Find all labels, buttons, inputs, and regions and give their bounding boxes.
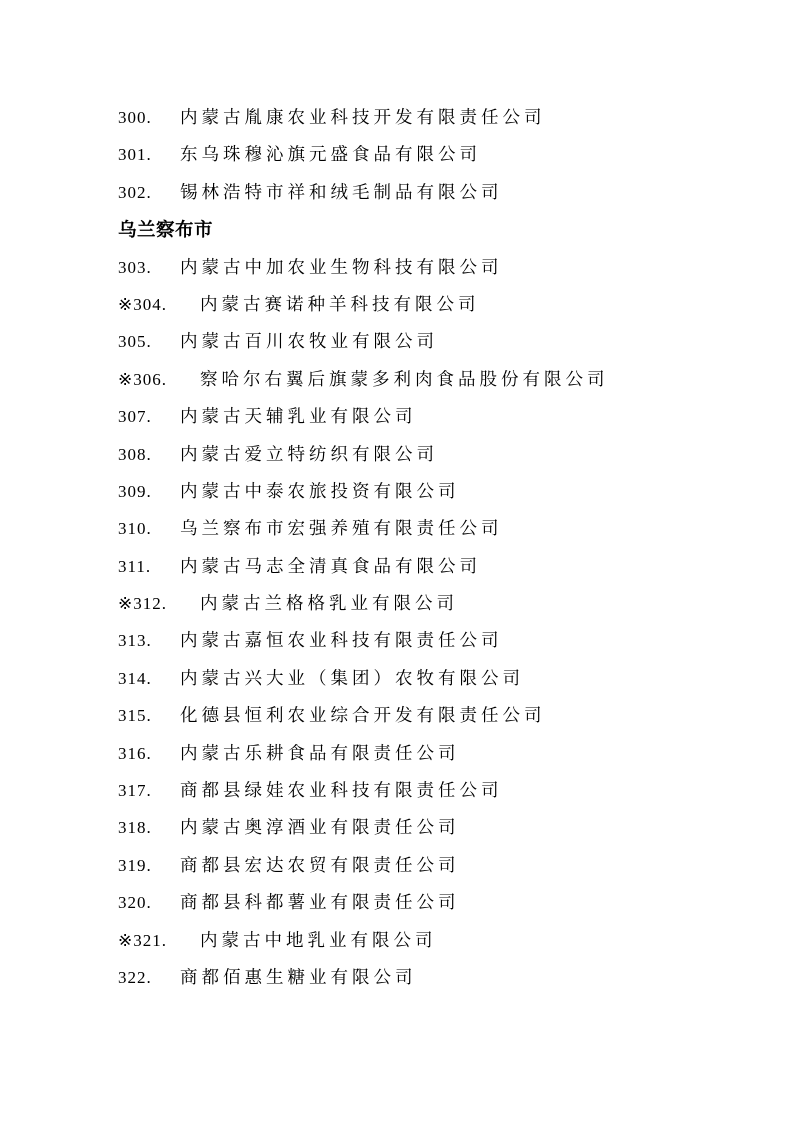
- item-number-text: 307.: [118, 407, 152, 426]
- company-name: 商都县绿娃农业科技有限责任公司: [180, 780, 503, 800]
- item-number-text: 303.: [118, 258, 152, 277]
- item-number: 319.: [118, 847, 180, 884]
- item-number: 311.: [118, 548, 180, 585]
- company-name: 内蒙古爱立特纺织有限公司: [180, 444, 438, 464]
- company-name: 化德县恒利农业综合开发有限责任公司: [180, 705, 546, 725]
- item-number: ※321.: [118, 922, 200, 959]
- company-name: 内蒙古兰格格乳业有限公司: [200, 593, 458, 613]
- item-number-text: 318.: [118, 818, 152, 837]
- item-number-text: 300.: [118, 108, 152, 127]
- item-number: 314.: [118, 660, 180, 697]
- list-item-311: 311.内蒙古马志全清真食品有限公司: [118, 548, 753, 585]
- item-number-text: 314.: [118, 669, 152, 688]
- company-name: 察哈尔右翼后旗蒙多利肉食品股份有限公司: [200, 369, 609, 389]
- document-page: { "page": { "background_color": "#ffffff…: [0, 0, 793, 1122]
- company-name: 内蒙古中加农业生物科技有限公司: [180, 257, 503, 277]
- company-name: 内蒙古胤康农业科技开发有限责任公司: [180, 107, 546, 127]
- item-number: 301.: [118, 136, 180, 173]
- item-number-text: 312.: [133, 594, 167, 613]
- item-number: 302.: [118, 174, 180, 211]
- item-number: 309.: [118, 473, 180, 510]
- item-number: 307.: [118, 398, 180, 435]
- list-item-322: 322.商都佰惠生糖业有限公司: [118, 959, 753, 996]
- item-number: ※312.: [118, 585, 200, 622]
- item-number-text: 315.: [118, 706, 152, 725]
- company-name: 内蒙古赛诺种羊科技有限公司: [200, 294, 480, 314]
- list-item-315: 315.化德县恒利农业综合开发有限责任公司: [118, 697, 753, 734]
- company-name: 内蒙古马志全清真食品有限公司: [180, 556, 481, 576]
- list-item-300: 300.内蒙古胤康农业科技开发有限责任公司: [118, 99, 753, 136]
- list-item-314: 314.内蒙古兴大业（集团）农牧有限公司: [118, 660, 753, 697]
- item-number: 310.: [118, 510, 180, 547]
- company-name: 乌兰察布市宏强养殖有限责任公司: [180, 518, 503, 538]
- item-number-text: 311.: [118, 557, 151, 576]
- company-name: 内蒙古中地乳业有限公司: [200, 930, 437, 950]
- item-number-text: 302.: [118, 183, 152, 202]
- company-name: 内蒙古嘉恒农业科技有限责任公司: [180, 630, 503, 650]
- list-item-320: 320.商都县科都薯业有限责任公司: [118, 884, 753, 921]
- list-item-317: 317.商都县绿娃农业科技有限责任公司: [118, 772, 753, 809]
- list-item-309: 309.内蒙古中泰农旅投资有限公司: [118, 473, 753, 510]
- item-number: 322.: [118, 959, 180, 996]
- item-number-text: 305.: [118, 332, 152, 351]
- item-number-text: 319.: [118, 856, 152, 875]
- item-number: 320.: [118, 884, 180, 921]
- company-name: 商都县科都薯业有限责任公司: [180, 892, 460, 912]
- list-item-304: ※304.内蒙古赛诺种羊科技有限公司: [118, 286, 753, 323]
- item-number-text: 310.: [118, 519, 152, 538]
- list-item-316: 316.内蒙古乐耕食品有限责任公司: [118, 735, 753, 772]
- list-item-312: ※312.内蒙古兰格格乳业有限公司: [118, 585, 753, 622]
- item-number-text: 322.: [118, 968, 152, 987]
- item-number: 303.: [118, 249, 180, 286]
- item-number: ※306.: [118, 361, 200, 398]
- item-number: ※304.: [118, 286, 200, 323]
- item-number: 316.: [118, 735, 180, 772]
- item-number: 318.: [118, 809, 180, 846]
- star-marker: ※: [118, 370, 133, 389]
- star-marker: ※: [118, 295, 133, 314]
- item-number-text: 320.: [118, 893, 152, 912]
- star-marker: ※: [118, 931, 133, 950]
- company-name: 锡林浩特市祥和绒毛制品有限公司: [180, 182, 503, 202]
- list-item-310: 310.乌兰察布市宏强养殖有限责任公司: [118, 510, 753, 547]
- list-item-321: ※321.内蒙古中地乳业有限公司: [118, 922, 753, 959]
- section-heading: 乌兰察布市: [118, 211, 753, 248]
- list-item-306: ※306.察哈尔右翼后旗蒙多利肉食品股份有限公司: [118, 361, 753, 398]
- company-name: 内蒙古乐耕食品有限责任公司: [180, 743, 460, 763]
- company-name: 内蒙古兴大业（集团）农牧有限公司: [180, 668, 524, 688]
- company-name: 东乌珠穆沁旗元盛食品有限公司: [180, 144, 481, 164]
- company-name: 内蒙古百川农牧业有限公司: [180, 331, 438, 351]
- list-item-305: 305.内蒙古百川农牧业有限公司: [118, 323, 753, 360]
- company-name: 内蒙古天辅乳业有限公司: [180, 406, 417, 426]
- item-number: 315.: [118, 697, 180, 734]
- item-number-text: 321.: [133, 931, 167, 950]
- list-item-301: 301.东乌珠穆沁旗元盛食品有限公司: [118, 136, 753, 173]
- list-item-303: 303.内蒙古中加农业生物科技有限公司: [118, 249, 753, 286]
- item-number: 317.: [118, 772, 180, 809]
- company-name: 商都县宏达农贸有限责任公司: [180, 855, 460, 875]
- list-item-307: 307.内蒙古天辅乳业有限公司: [118, 398, 753, 435]
- list-item-308: 308.内蒙古爱立特纺织有限公司: [118, 436, 753, 473]
- item-number-text: 317.: [118, 781, 152, 800]
- company-list: 300.内蒙古胤康农业科技开发有限责任公司301.东乌珠穆沁旗元盛食品有限公司3…: [118, 99, 753, 996]
- item-number-text: 316.: [118, 744, 152, 763]
- company-name: 内蒙古奥淳酒业有限责任公司: [180, 817, 460, 837]
- item-number-text: 309.: [118, 482, 152, 501]
- list-item-302: 302.锡林浩特市祥和绒毛制品有限公司: [118, 174, 753, 211]
- item-number-text: 304.: [133, 295, 167, 314]
- item-number-text: 301.: [118, 145, 152, 164]
- star-marker: ※: [118, 594, 133, 613]
- list-item-318: 318.内蒙古奥淳酒业有限责任公司: [118, 809, 753, 846]
- company-name: 内蒙古中泰农旅投资有限公司: [180, 481, 460, 501]
- item-number-text: 306.: [133, 370, 167, 389]
- item-number: 305.: [118, 323, 180, 360]
- list-item-313: 313.内蒙古嘉恒农业科技有限责任公司: [118, 622, 753, 659]
- company-name: 商都佰惠生糖业有限公司: [180, 967, 417, 987]
- document-page-surface: 300.内蒙古胤康农业科技开发有限责任公司301.东乌珠穆沁旗元盛食品有限公司3…: [0, 0, 793, 1122]
- item-number: 313.: [118, 622, 180, 659]
- item-number: 308.: [118, 436, 180, 473]
- item-number-text: 313.: [118, 631, 152, 650]
- list-item-319: 319.商都县宏达农贸有限责任公司: [118, 847, 753, 884]
- item-number-text: 308.: [118, 445, 152, 464]
- item-number: 300.: [118, 99, 180, 136]
